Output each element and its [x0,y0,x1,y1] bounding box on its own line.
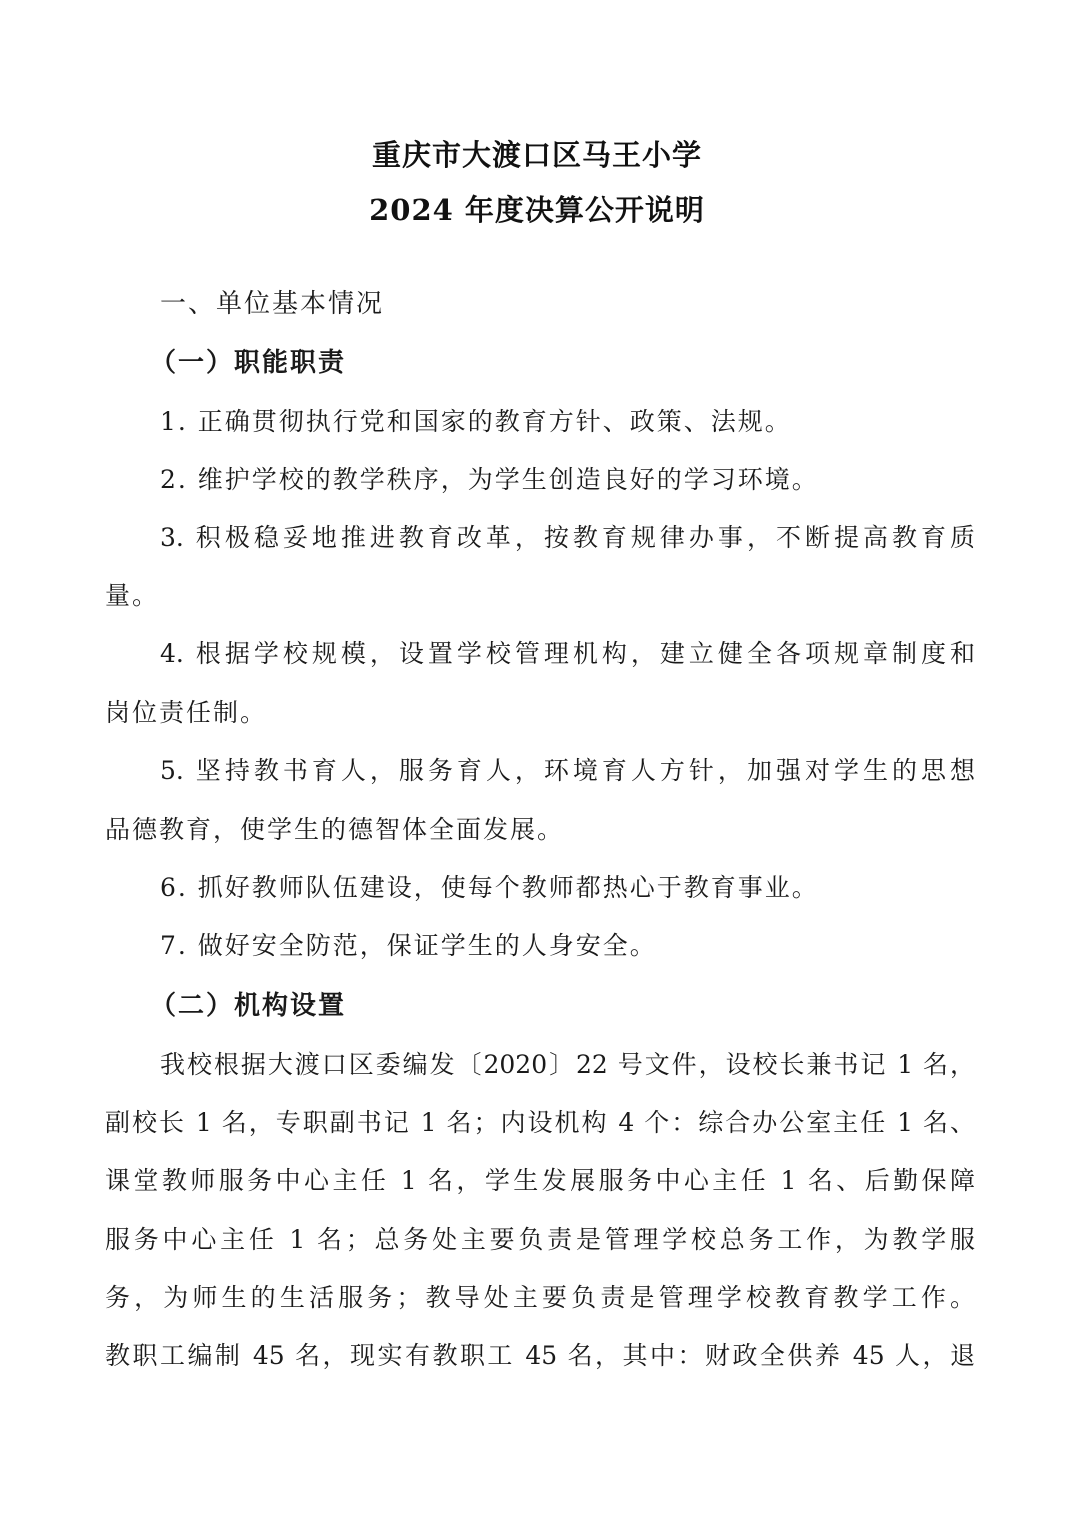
subsection-heading-organization: （二）机构设置 [150,985,1020,1022]
org-paragraph-line: 副校长 1 名，专职副书记 1 名；内设机构 4 个：综合办公室主任 1 名、 [105,1103,975,1139]
document-title: 重庆市大渡口区马王小学 [0,133,1074,174]
duty-item-continued: 岗位责任制。 [105,693,975,729]
section-heading-basic-info: 一、单位基本情况 [160,283,1030,320]
org-paragraph-line: 课堂教师服务中心主任 1 名，学生发展服务中心主任 1 名、后勤保障 [105,1161,975,1197]
duty-item: 7. 做好安全防范，保证学生的人身安全。 [160,926,975,962]
org-paragraph-line: 教职工编制 45 名，现实有教职工 45 名，其中：财政全供养 45 人，退 [105,1336,975,1372]
document-subtitle: 2024 年度决算公开说明 [0,188,1074,229]
duty-item: 2. 维护学校的教学秩序，为学生创造良好的学习环境。 [160,460,975,496]
duty-item: 6. 抓好教师队伍建设，使每个教师都热心于教育事业。 [160,868,975,904]
document-page: 重庆市大渡口区马王小学 2024 年度决算公开说明 一、单位基本情况 （一）职能… [0,0,1074,1520]
duty-item: 5. 坚持教书育人，服务育人，环境育人方针，加强对学生的思想 [160,751,975,787]
duty-item: 3. 积极稳妥地推进教育改革，按教育规律办事，不断提高教育质 [160,518,975,554]
duty-item-continued: 品德教育，使学生的德智体全面发展。 [105,810,975,846]
duty-item: 1. 正确贯彻执行党和国家的教育方针、政策、法规。 [160,402,975,438]
duty-item-continued: 量。 [105,576,975,612]
duty-item: 4. 根据学校规模，设置学校管理机构，建立健全各项规章制度和 [160,634,975,670]
subsection-heading-duties: （一）职能职责 [150,342,1020,379]
org-paragraph-line: 服务中心主任 1 名；总务处主要负责是管理学校总务工作，为教学服 [105,1220,975,1256]
org-paragraph-line: 我校根据大渡口区委编发〔2020〕22 号文件，设校长兼书记 1 名， [160,1045,975,1081]
org-paragraph-line: 务，为师生的生活服务；教导处主要负责是管理学校教育教学工作。 [105,1278,975,1314]
